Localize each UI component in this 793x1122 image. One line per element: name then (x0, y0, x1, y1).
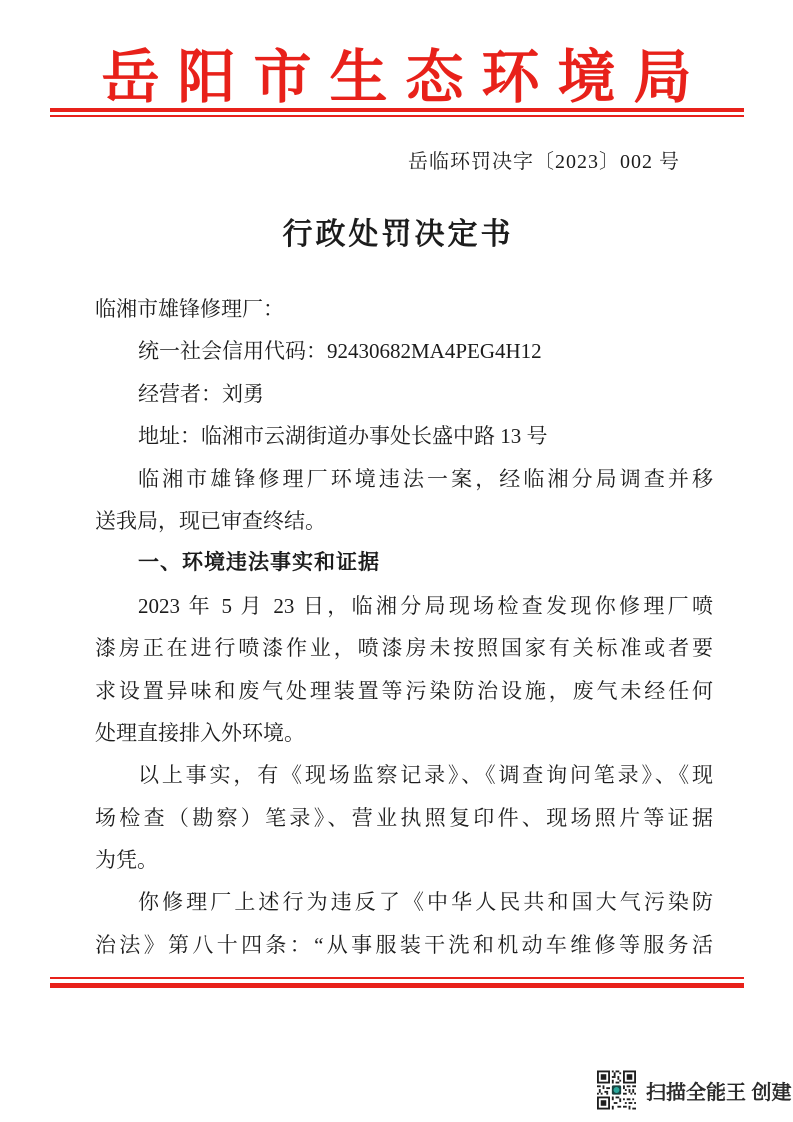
body-line: 经营者：刘勇 (95, 373, 713, 415)
body-line: 场检查（勘察）笔录》、营业执照复印件、现场照片等证据 (95, 797, 713, 839)
document-number: 岳临环罚决字〔2023〕002 号 (408, 145, 680, 174)
footer-rule-thick (50, 983, 744, 988)
body-line: 治法》第八十四条：“从事服装干洗和机动车维修等服务活 (95, 924, 713, 966)
body-line: 求设置异味和废气处理装置等污染防治设施，废气未经任何 (95, 670, 713, 712)
body-line: 送我局，现已审查终结。 (95, 500, 713, 542)
recipient-line: 临湘市雄锋修理厂： (95, 288, 713, 330)
body-line: 处理直接排入外环境。 (95, 712, 713, 754)
footer-rule-thin (50, 977, 744, 979)
section-heading: 一、环境违法事实和证据 (95, 542, 713, 584)
body-line: 统一社会信用代码：92430682MA4PEG4H12 (95, 330, 713, 372)
document-title: 行政处罚决定书 (0, 209, 793, 253)
body-line: 你修理厂上述行为违反了《中华人民共和国大气污染防 (95, 881, 713, 923)
letterhead-rule-thick (50, 108, 744, 112)
qr-code-icon (597, 1070, 636, 1110)
body-line: 漆房正在进行喷漆作业，喷漆房未按照国家有关标准或者要 (95, 627, 713, 669)
document-body: 临湘市雄锋修理厂： 统一社会信用代码：92430682MA4PEG4H12 经营… (95, 288, 713, 966)
body-line: 临湘市雄锋修理厂环境违法一案，经临湘分局调查并移 (95, 458, 713, 500)
watermark-label: 扫描全能王 创建 (646, 1076, 792, 1105)
agency-letterhead-title: 岳阳市生态环境局 (0, 30, 793, 114)
body-line: 2023 年 5 月 23 日，临湘分局现场检查发现你修理厂喷 (95, 585, 713, 627)
body-line: 地址：临湘市云湖街道办事处长盛中路 13 号 (95, 415, 713, 457)
letterhead-rule-thin (50, 115, 744, 117)
body-line: 以上事实，有《现场监察记录》、《调查询问笔录》、《现 (95, 754, 713, 796)
scanner-watermark: 扫描全能王 创建 (597, 1070, 792, 1110)
body-line: 为凭。 (95, 839, 713, 881)
scanned-document-page: 岳阳市生态环境局 岳临环罚决字〔2023〕002 号 行政处罚决定书 临湘市雄锋… (0, 0, 793, 1122)
